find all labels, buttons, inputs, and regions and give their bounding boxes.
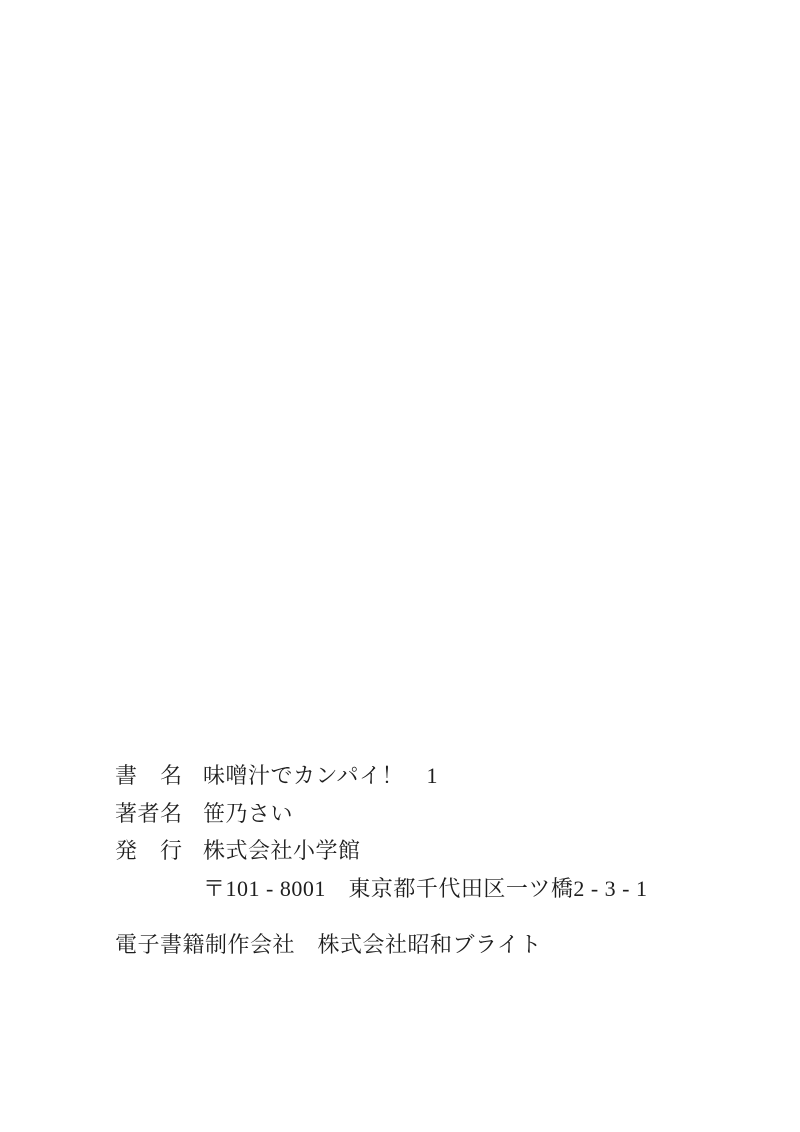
publisher-address-value: 〒101 - 8001 東京都千代田区一ツ橋2 - 3 - 1 [203,870,647,908]
colophon-row-publisher: 発 行 株式会社小学館 [115,832,647,870]
colophon-page: 書 名 味噌汁でカンパイ！ 1 著者名 笹乃さい 発 行 株式会社小学館 〒10… [0,0,800,1132]
ebook-production-company-line: 電子書籍制作会社 株式会社昭和ブライト [115,926,647,964]
book-title-label: 書 名 [115,757,203,795]
publisher-address-label [115,870,203,908]
colophon-row-book-title: 書 名 味噌汁でカンパイ！ 1 [115,757,647,795]
author-label: 著者名 [115,795,203,833]
publisher-value: 株式会社小学館 [203,832,361,870]
colophon-block: 書 名 味噌汁でカンパイ！ 1 著者名 笹乃さい 発 行 株式会社小学館 〒10… [115,757,647,964]
publisher-label: 発 行 [115,832,203,870]
author-value: 笹乃さい [203,795,293,833]
colophon-row-author: 著者名 笹乃さい [115,795,647,833]
colophon-row-publisher-address: 〒101 - 8001 東京都千代田区一ツ橋2 - 3 - 1 [115,870,647,908]
book-title-value: 味噌汁でカンパイ！ 1 [203,757,438,795]
